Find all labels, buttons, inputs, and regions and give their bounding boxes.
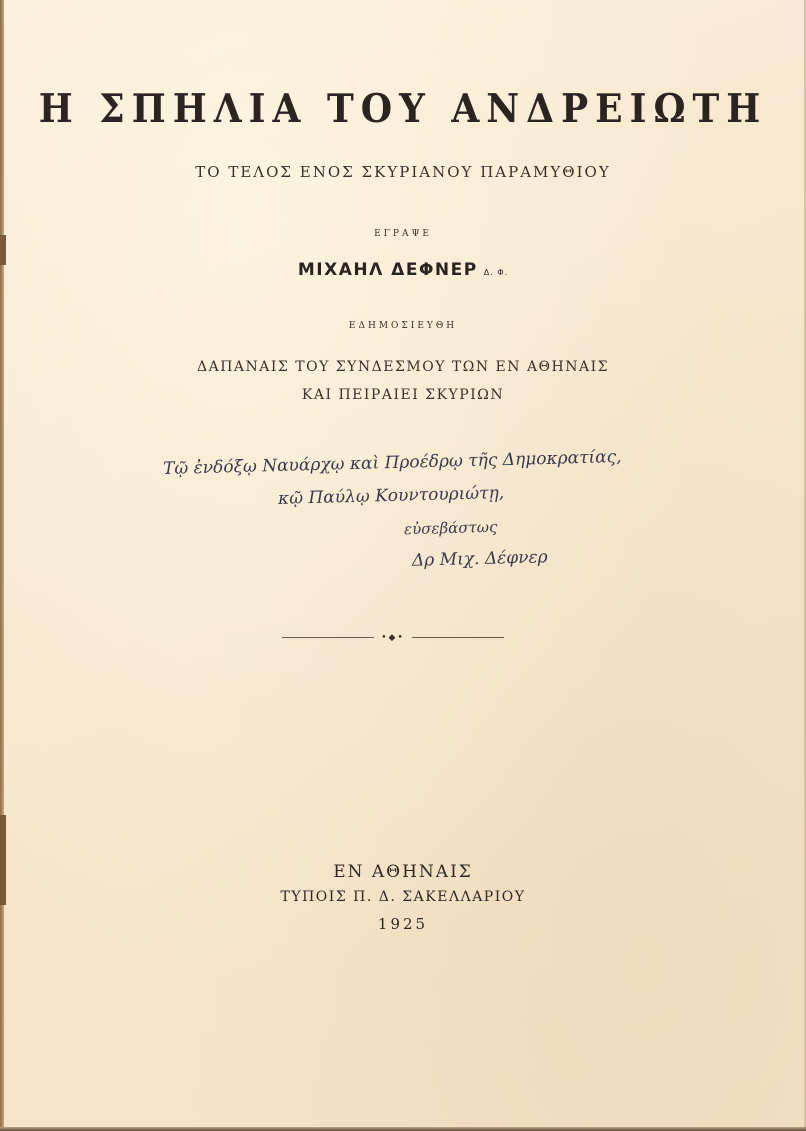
decorative-divider: •◆• bbox=[282, 632, 504, 644]
imprint-printer: ΤΥΠΟΙΣ Π. Δ. ΣΑΚΕΛΛΑΡΙΟΥ bbox=[0, 889, 806, 905]
wrote-label: ΕΓΡΑΨΕ bbox=[0, 229, 806, 239]
ornament-icon: •◆• bbox=[374, 632, 412, 644]
imprint-year: 1925 bbox=[0, 915, 806, 933]
handwritten-dedication-line-2: κῷ Παύλῳ Κουντουριώτῃ, bbox=[278, 483, 505, 509]
divider-rule-left bbox=[282, 637, 374, 638]
title-page: Η ΣΠΗΛΙΑ ΤΟΥ ΑΝΔΡΕΙΩΤΗ ΤΟ ΤΕΛΟΣ ΕΝΟΣ ΣΚΥ… bbox=[0, 0, 806, 1131]
book-title: Η ΣΠΗΛΙΑ ΤΟΥ ΑΝΔΡΕΙΩΤΗ bbox=[0, 86, 806, 132]
author-name: ΜΙΧΑΗΛ ΔΕΦΝΕΡ bbox=[298, 260, 478, 280]
imprint-place: ΕΝ ΑΘΗΝΑΙΣ bbox=[0, 862, 806, 882]
author-line: ΜΙΧΑΗΛ ΔΕΦΝΕΡΔ. Φ. bbox=[0, 260, 806, 280]
handwritten-dedication-line-3: εὐσεβάστως bbox=[404, 518, 498, 538]
author-degree: Δ. Φ. bbox=[484, 268, 508, 277]
book-subtitle: ΤΟ ΤΕΛΟΣ ΕΝΟΣ ΣΚΥΡΙΑΝΟΥ ΠΑΡΑΜΥΘΙΟΥ bbox=[0, 163, 806, 181]
bottom-page-edge bbox=[0, 1127, 806, 1131]
divider-rule-right bbox=[412, 637, 504, 638]
sponsor-line-1: ΔΑΠΑΝΑΙΣ ΤΟΥ ΣΥΝΔΕΣΜΟΥ ΤΩΝ ΕΝ ΑΘΗΝΑΙΣ bbox=[0, 359, 806, 375]
handwritten-signature: Δρ Μιχ. Δέφνερ bbox=[412, 547, 548, 571]
handwritten-dedication-line-1: Τῷ ἐνδόξῳ Ναυάρχῳ καὶ Προέδρῳ τῆς Δημοκρ… bbox=[163, 447, 622, 479]
sponsor-line-2: ΚΑΙ ΠΕΙΡΑΙΕΙ ΣΚΥΡΙΩΝ bbox=[0, 387, 806, 403]
published-label: ΕΔΗΜΟΣΙΕΥΘΗ bbox=[0, 321, 806, 331]
